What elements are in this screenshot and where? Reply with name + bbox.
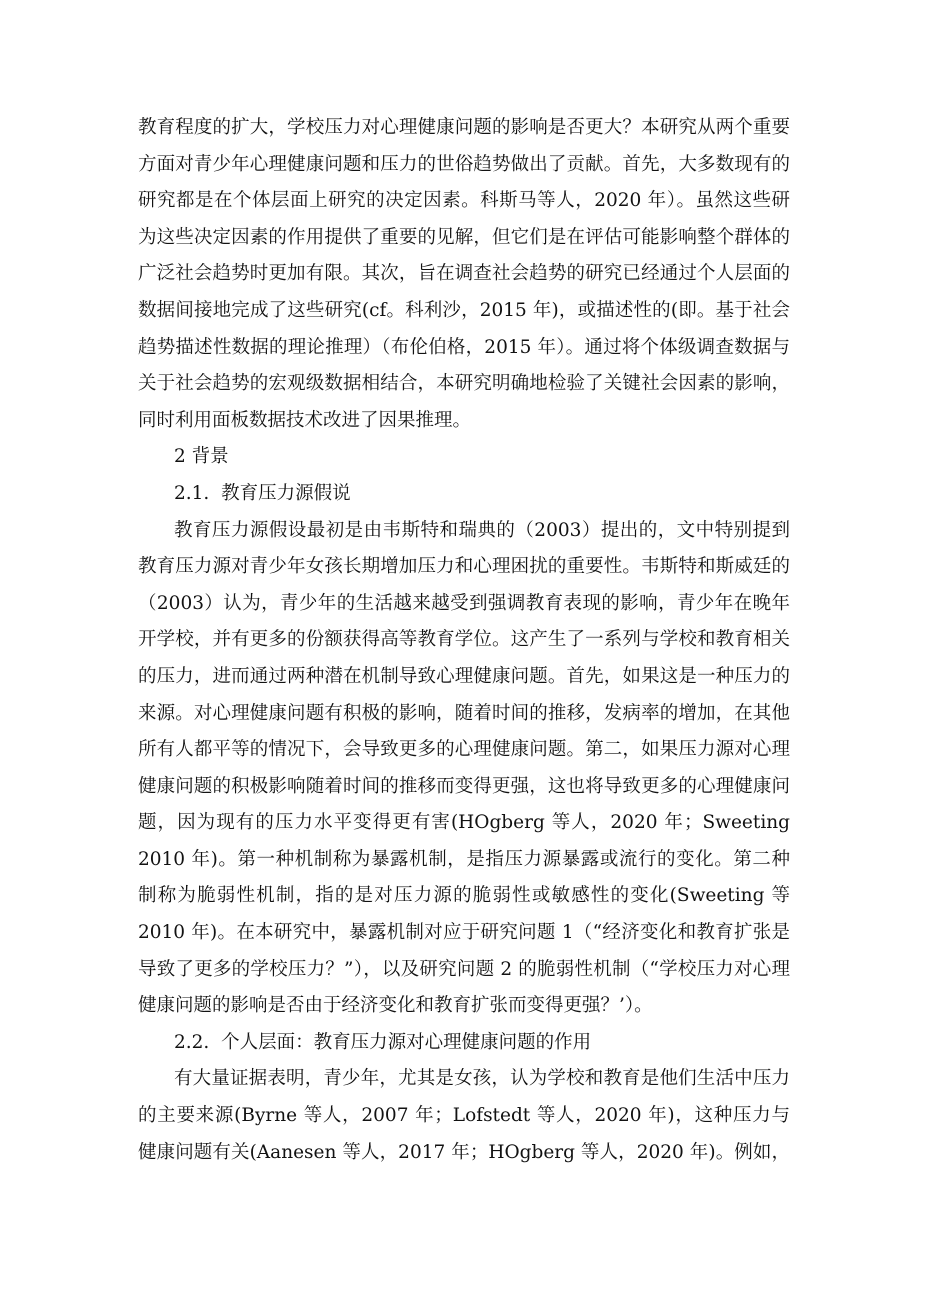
section-heading: 2.1. 教育压力源假说: [138, 476, 790, 513]
section-heading: 2 背景: [138, 439, 790, 476]
body-line: 教育压力源对青少年女孩长期增加压力和心理困扰的重要性。韦斯特和斯威廷的: [138, 549, 790, 586]
body-line: 趋势描述性数据的理论推理）（布伦伯格，2015 年）。通过将个体级调查数据与: [138, 330, 790, 367]
body-line: 的压力，进而通过两种潜在机制导致心理健康问题。首先，如果这是一种压力的: [138, 659, 790, 696]
body-line: （2003）认为，青少年的生活越来越受到强调教育表现的影响，青少年在晚年离: [138, 586, 790, 623]
body-line: 健康问题有关(Aanesen 等人，2017 年；HOgberg 等人，2020…: [138, 1135, 790, 1172]
document-page: 教育程度的扩大，学校压力对心理健康问题的影响是否更大？本研究从两个重要方面对青少…: [0, 0, 926, 1309]
body-line: 来源。对心理健康问题有积极的影响，随着时间的推移，发病率的增加，在其他: [138, 696, 790, 733]
body-line: 同时利用面板数据技术改进了因果推理。: [138, 403, 790, 440]
body-line: 关于社会趋势的宏观级数据相结合，本研究明确地检验了关键社会因素的影响，: [138, 366, 790, 403]
body-line: 方面对青少年心理健康问题和压力的世俗趋势做出了贡献。首先，大多数现有的: [138, 147, 790, 184]
body-line: 为这些决定因素的作用提供了重要的见解，但它们是在评估可能影响整个群体的: [138, 220, 790, 257]
body-line: 所有人都平等的情况下，会导致更多的心理健康问题。第二，如果压力源对心理: [138, 732, 790, 769]
body-line: 健康问题的影响是否由于经济变化和教育扩张而变得更强？’）。: [138, 988, 790, 1025]
body-line: 数据间接地完成了这些研究(cf。科利沙，2015 年)，或描述性的(即。基于社会: [138, 293, 790, 330]
body-line: 研究都是在个体层面上研究的决定因素。科斯马等人，2020 年）。虽然这些研究: [138, 183, 790, 220]
body-line: 2010 年)。第一种机制称为暴露机制，是指压力源暴露或流行的变化。第二种机: [138, 842, 790, 879]
body-line: 开学校，并有更多的份额获得高等教育学位。这产生了一系列与学校和教育相关: [138, 622, 790, 659]
body-line: 2010 年)。在本研究中，暴露机制对应于研究问题 1（“经济变化和教育扩张是否: [138, 915, 790, 952]
body-line: 题，因为现有的压力水平变得更有害(HOgberg 等人，2020 年；Sweet…: [138, 805, 790, 842]
body-line: 导致了更多的学校压力？”），以及研究问题 2 的脆弱性机制（“学校压力对心理: [138, 952, 790, 989]
document-text-block: 教育程度的扩大，学校压力对心理健康问题的影响是否更大？本研究从两个重要方面对青少…: [138, 110, 790, 1171]
body-line: 的主要来源(Byrne 等人，2007 年；Lofstedt 等人，2020 年…: [138, 1098, 790, 1135]
body-line: 健康问题的积极影响随着时间的推移而变得更强，这也将导致更多的心理健康问: [138, 769, 790, 806]
body-line: 教育压力源假设最初是由韦斯特和瑞典的（2003）提出的，文中特别提到了: [138, 513, 790, 550]
body-line: 广泛社会趋势时更加有限。其次，旨在调查社会趋势的研究已经通过个人层面的: [138, 256, 790, 293]
body-line: 有大量证据表明，青少年，尤其是女孩，认为学校和教育是他们生活中压力: [138, 1061, 790, 1098]
body-line: 制称为脆弱性机制，指的是对压力源的脆弱性或敏感性的变化(Sweeting 等人，: [138, 878, 790, 915]
body-line: 教育程度的扩大，学校压力对心理健康问题的影响是否更大？本研究从两个重要: [138, 110, 790, 147]
section-heading: 2.2. 个人层面：教育压力源对心理健康问题的作用: [138, 1025, 790, 1062]
